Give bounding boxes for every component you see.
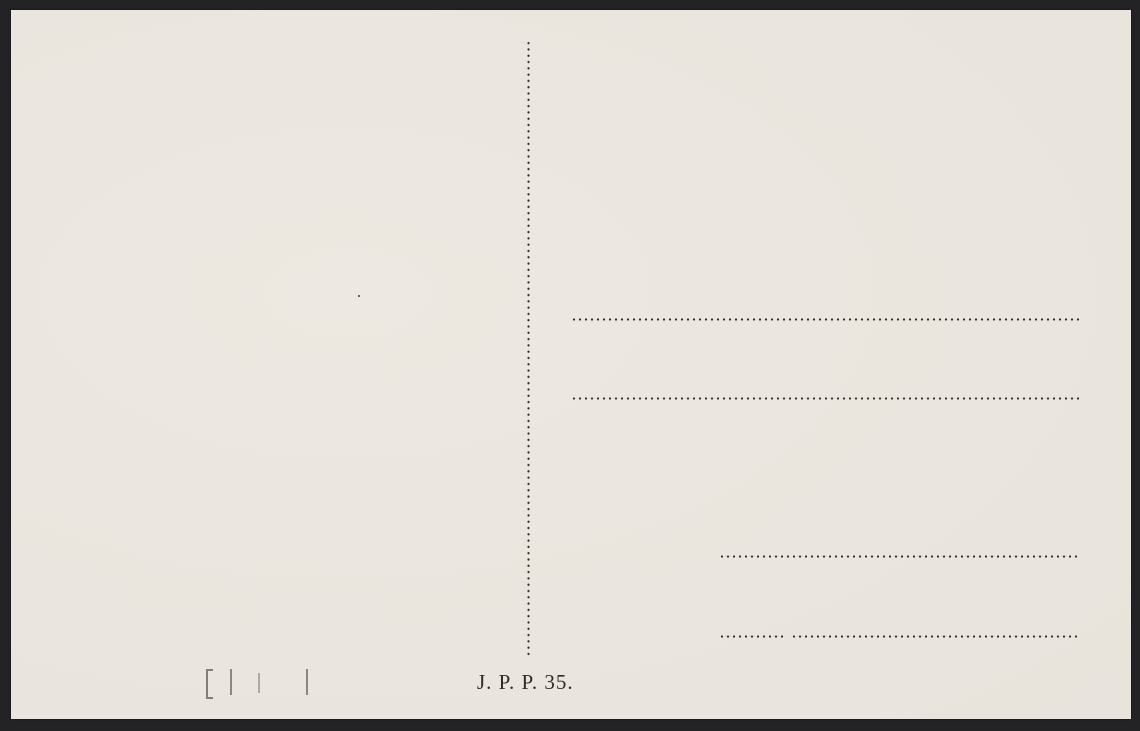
publisher-mark: J. P. P. 35.: [477, 670, 574, 695]
address-line-1: [571, 318, 1081, 321]
faded-bar: [306, 669, 308, 695]
divider-dotted-line: [527, 40, 530, 658]
address-line-3: [719, 555, 1081, 558]
faded-bracket: [206, 669, 213, 699]
paper-speck: [358, 295, 360, 297]
faded-bar: [230, 669, 232, 695]
address-line-4a: [719, 635, 785, 638]
faded-bar: [258, 673, 260, 693]
address-line-4b: [791, 635, 1081, 638]
address-line-2: [571, 397, 1081, 400]
faded-imprint: [206, 665, 316, 699]
postcard-back: J. P. P. 35.: [11, 10, 1131, 719]
